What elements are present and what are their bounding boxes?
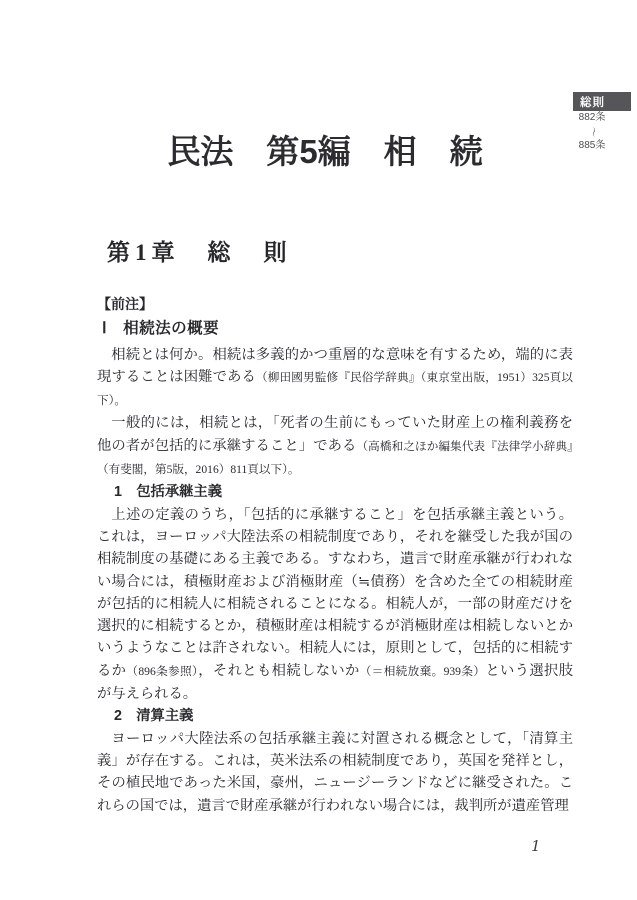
citation-text: （＝相続放棄。939条） xyxy=(360,665,486,678)
body-text-segment: ，それとも相続しないか xyxy=(198,663,360,679)
book-title: 民法 第5編 相 続 xyxy=(0,126,637,173)
section-heading-overview: Ⅰ 相続法の概要 xyxy=(102,318,573,340)
paragraph-hokatsu-shokei: 上述の定義のうち，「包括的に承継すること」を包括承継主義という。これは，ヨーロッ… xyxy=(97,504,573,706)
page-number: 1 xyxy=(531,837,541,855)
book-page: 総則 882条 〜 885条 民法 第5編 相 続 第1章 総 則 【前注】Ⅰ … xyxy=(0,0,637,900)
citation-text: （896条参照） xyxy=(126,665,198,678)
note-label: 【前注】 xyxy=(97,293,573,315)
article-range-start: 882条 xyxy=(569,111,615,125)
subheading-seisan-shugi: 2 清算主義 xyxy=(114,705,573,727)
thumb-index-tab: 総則 xyxy=(573,92,631,111)
chapter-heading: 第1章 総 則 xyxy=(107,234,292,267)
body-text-segment: ヨーロッパ大陸法系の包括承継主義に対置される概念として，「清算主義」が存在する。… xyxy=(97,731,573,814)
paragraph-definition-2: 一般的には，相続とは，「死者の生前にもっていた財産上の権利義務を他の者が包括的に… xyxy=(97,412,573,481)
body-text-segment: 上述の定義のうち，「包括的に承継すること」を包括承継主義という。これは，ヨーロッ… xyxy=(97,507,573,679)
paragraph-seisan-shugi: ヨーロッパ大陸法系の包括承継主義に対置される概念として，「清算主義」が存在する。… xyxy=(97,728,573,817)
subheading-hokatsu-shokei: 1 包括承継主義 xyxy=(114,481,573,503)
content-blocks: 【前注】Ⅰ 相続法の概要相続とは何か。相続は多義的かつ重層的な意味を有するため，… xyxy=(97,293,573,817)
paragraph-definition-1: 相続とは何か。相続は多義的かつ重層的な意味を有するため，端的に表現することは困難… xyxy=(97,344,573,413)
thumb-index-tab-label: 総則 xyxy=(580,94,605,110)
